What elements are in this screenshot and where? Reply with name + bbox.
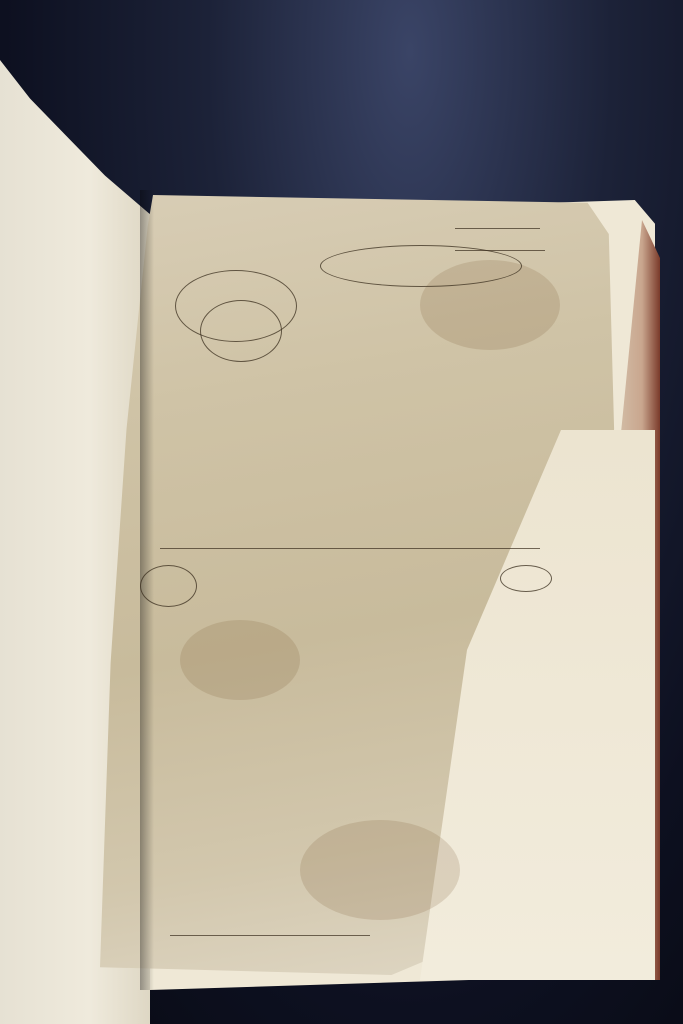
decorative-flourish: [200, 300, 282, 362]
decorative-flourish: [320, 245, 522, 287]
header-rule: [455, 228, 540, 229]
decorative-flourish: [500, 565, 552, 592]
section-rule: [160, 548, 540, 549]
stain: [180, 620, 300, 700]
signature-rule: [170, 935, 370, 936]
stain: [300, 820, 460, 920]
decorative-flourish: [140, 565, 197, 607]
